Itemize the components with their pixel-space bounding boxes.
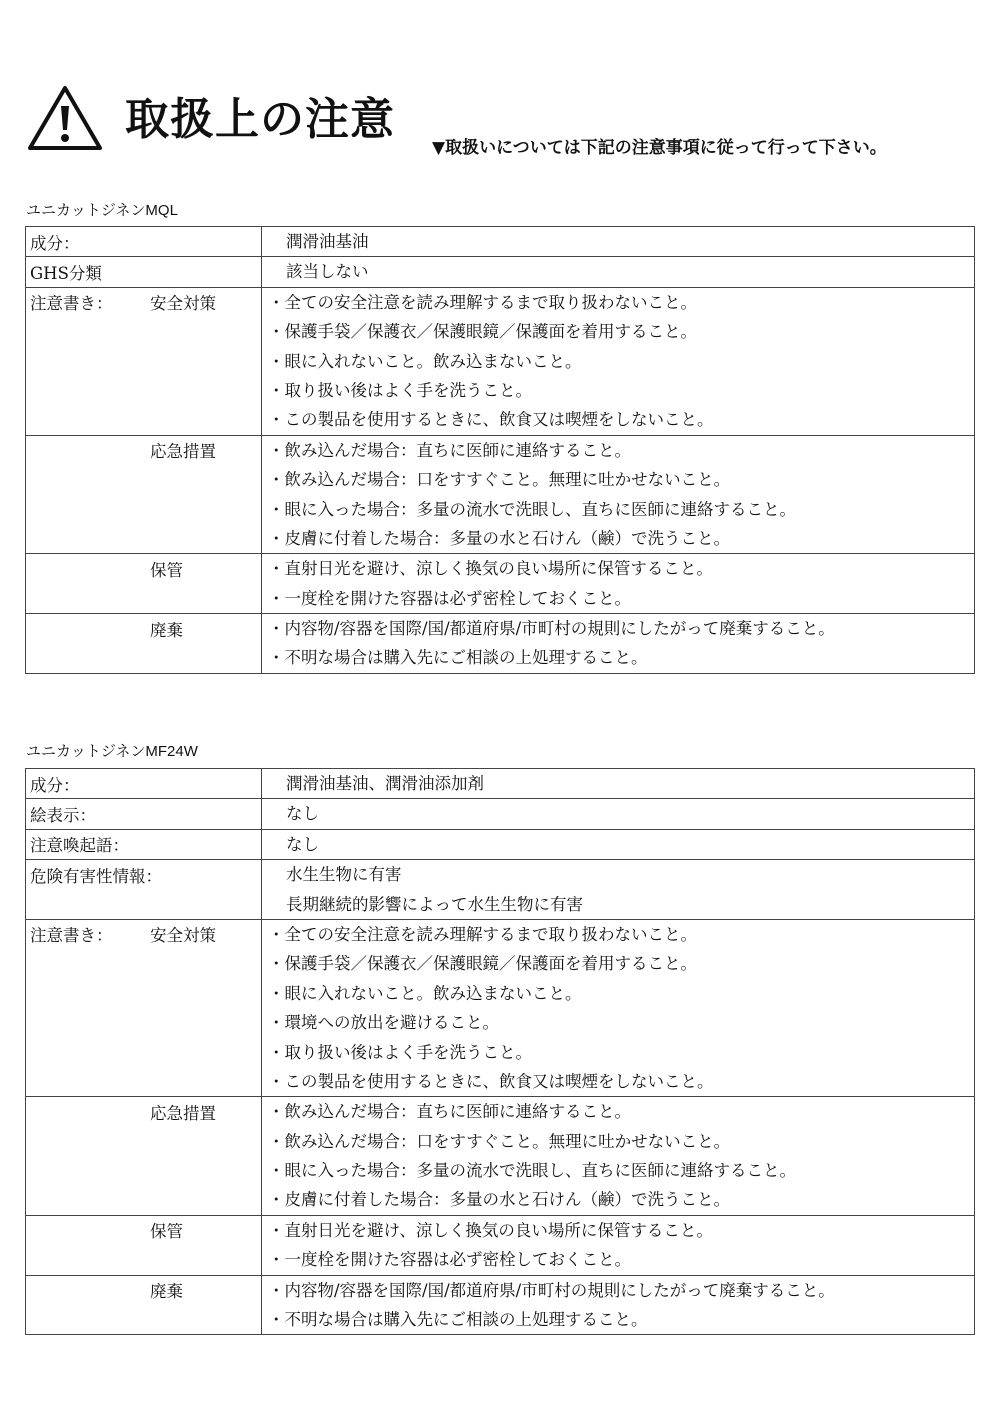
row-label: 注意書き： — [30, 922, 150, 946]
precaution-item: ・眼に入った場合：多量の流水で洗眼し、直ちに医師に連絡すること。 — [262, 1156, 974, 1185]
precaution-item: ・眼に入れないこと。飲み込まないこと。 — [262, 979, 974, 1008]
row-value: 該当しない — [262, 257, 974, 286]
table-row: 廃棄 ・内容物/容器を国際/国/都道府県/市町村の規則にしたがって廃棄すること。… — [26, 614, 975, 674]
row-label: 成分： — [30, 230, 150, 254]
table-row: 保管 ・直射日光を避け、涼しく換気の良い場所に保管すること。 ・一度栓を開けた容… — [26, 1215, 975, 1275]
row-value: なし — [262, 799, 974, 828]
table-row: 廃棄 ・内容物/容器を国際/国/都道府県/市町村の規則にしたがって廃棄すること。… — [26, 1275, 975, 1335]
precaution-item: ・保護手袋／保護衣／保護眼鏡／保護面を着用すること。 — [262, 949, 974, 978]
row-sublabel: 安全対策 — [150, 290, 216, 314]
sds-table: 成分： 潤滑油基油 GHS分類 該当しない 注意書き：安全対策 ・全ての安全注意… — [25, 226, 975, 674]
row-value: 長期継続的影響によって水生生物に有害 — [262, 890, 974, 919]
precaution-item: ・皮膚に付着した場合：多量の水と石けん（鹸）で洗うこと。 — [262, 1185, 974, 1214]
precaution-item: ・全ての安全注意を読み理解するまで取り扱わないこと。 — [262, 920, 974, 949]
row-sublabel: 応急措置 — [150, 438, 216, 462]
precaution-item: ・保護手袋／保護衣／保護眼鏡／保護面を着用すること。 — [262, 317, 974, 346]
table-row: 注意書き：安全対策 ・全ての安全注意を読み理解するまで取り扱わないこと。 ・保護… — [26, 287, 975, 435]
row-label: GHS分類 — [30, 260, 150, 284]
precaution-item: ・内容物/容器を国際/国/都道府県/市町村の規則にしたがって廃棄すること。 — [262, 614, 974, 643]
precaution-item: ・直射日光を避け、涼しく換気の良い場所に保管すること。 — [262, 554, 974, 583]
row-sublabel: 応急措置 — [150, 1100, 216, 1124]
precaution-item: ・皮膚に付着した場合：多量の水と石けん（鹸）で洗うこと。 — [262, 524, 974, 553]
precaution-item: ・不明な場合は購入先にご相談の上処理すること。 — [262, 643, 974, 672]
row-value: 潤滑油基油、潤滑油添加剤 — [262, 769, 974, 798]
precaution-item: ・この製品を使用するときに、飲食又は喫煙をしないこと。 — [262, 405, 974, 434]
table-row: 注意喚起語： なし — [26, 829, 975, 859]
precaution-item: ・取り扱い後はよく手を洗うこと。 — [262, 376, 974, 405]
row-sublabel: 保管 — [150, 1218, 183, 1242]
precaution-item: ・直射日光を避け、涼しく換気の良い場所に保管すること。 — [262, 1216, 974, 1245]
row-label: 危険有害性情報： — [30, 863, 162, 887]
precaution-item: ・内容物/容器を国際/国/都道府県/市町村の規則にしたがって廃棄すること。 — [262, 1276, 974, 1305]
warning-triangle-icon — [27, 84, 103, 152]
table-row: 成分： 潤滑油基油、潤滑油添加剤 — [26, 769, 975, 799]
sds-table: 成分： 潤滑油基油、潤滑油添加剤 絵表示： なし 注意喚起語： なし 危険有害性… — [25, 768, 975, 1335]
row-label: 注意書き： — [30, 290, 150, 314]
row-value: なし — [262, 830, 974, 859]
page-header: 取扱上の注意 ▼取扱いについては下記の注意事項に従って行って下さい。 — [27, 84, 987, 164]
row-label: 注意喚起語： — [30, 832, 150, 856]
precaution-item: ・全ての安全注意を読み理解するまで取り扱わないこと。 — [262, 288, 974, 317]
table-row: 危険有害性情報： 水生生物に有害 長期継続的影響によって水生生物に有害 — [26, 860, 975, 920]
table-row: GHS分類 該当しない — [26, 257, 975, 287]
product-name: ユニカットジネンMQL — [26, 201, 178, 221]
row-label: 成分： — [30, 772, 150, 796]
row-sublabel: 保管 — [150, 557, 183, 581]
table-row: 応急措置 ・飲み込んだ場合：直ちに医師に連絡すること。 ・飲み込んだ場合：口をす… — [26, 1097, 975, 1216]
precaution-item: ・一度栓を開けた容器は必ず密栓しておくこと。 — [262, 584, 974, 613]
row-sublabel: 廃棄 — [150, 1278, 183, 1302]
precaution-item: ・眼に入れないこと。飲み込まないこと。 — [262, 347, 974, 376]
table-row: 成分： 潤滑油基油 — [26, 227, 975, 257]
precaution-item: ・この製品を使用するときに、飲食又は喫煙をしないこと。 — [262, 1067, 974, 1096]
table-row: 応急措置 ・飲み込んだ場合：直ちに医師に連絡すること。 ・飲み込んだ場合：口をす… — [26, 435, 975, 554]
precaution-item: ・一度栓を開けた容器は必ず密栓しておくこと。 — [262, 1245, 974, 1274]
table-row: 注意書き：安全対策 ・全ての安全注意を読み理解するまで取り扱わないこと。 ・保護… — [26, 919, 975, 1096]
precaution-item: ・環境への放出を避けること。 — [262, 1008, 974, 1037]
table-row: 絵表示： なし — [26, 799, 975, 829]
precaution-item: ・眼に入った場合：多量の流水で洗眼し、直ちに医師に連絡すること。 — [262, 495, 974, 524]
row-sublabel: 廃棄 — [150, 617, 183, 641]
row-value: 水生生物に有害 — [262, 860, 974, 889]
row-label: 絵表示： — [30, 802, 150, 826]
precaution-item: ・取り扱い後はよく手を洗うこと。 — [262, 1038, 974, 1067]
precaution-item: ・飲み込んだ場合：直ちに医師に連絡すること。 — [262, 436, 974, 465]
product-name: ユニカットジネンMF24W — [26, 742, 198, 762]
page-title: 取扱上の注意 — [125, 90, 395, 150]
precaution-item: ・飲み込んだ場合：直ちに医師に連絡すること。 — [262, 1097, 974, 1126]
row-value: 潤滑油基油 — [262, 227, 974, 256]
precaution-item: ・飲み込んだ場合：口をすすぐこと。無理に吐かせないこと。 — [262, 1127, 974, 1156]
precaution-item: ・不明な場合は購入先にご相談の上処理すること。 — [262, 1305, 974, 1334]
precaution-item: ・飲み込んだ場合：口をすすぐこと。無理に吐かせないこと。 — [262, 465, 974, 494]
row-sublabel: 安全対策 — [150, 922, 216, 946]
table-row: 保管 ・直射日光を避け、涼しく換気の良い場所に保管すること。 ・一度栓を開けた容… — [26, 554, 975, 614]
page-subtitle: ▼取扱いについては下記の注意事項に従って行って下さい。 — [432, 136, 887, 160]
